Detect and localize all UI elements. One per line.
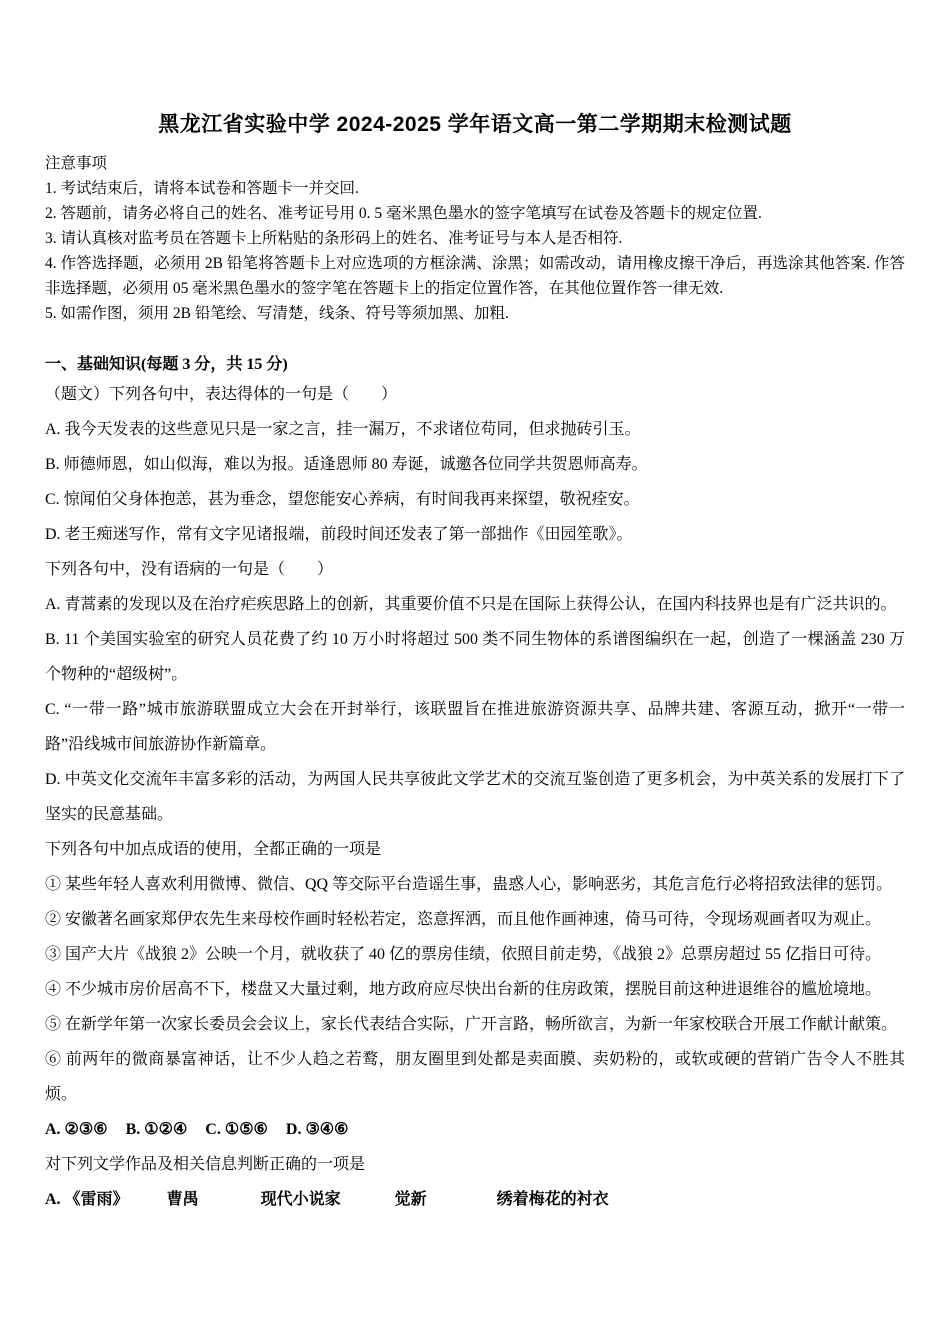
literature-cell-genre: 现代小说家 (261, 1182, 341, 1217)
question-1-option-a: A. 我今天发表的这些意见只是一家之言，挂一漏万，不求诸位苟同，但求抛砖引玉。 (45, 412, 905, 447)
question-3-answer-choices: A. ②③⑥ B. ①②④ C. ①⑤⑥ D. ③④⑥ (45, 1112, 905, 1147)
basic-knowledge-section: 一、基础知识(每题 3 分，共 15 分) （题文）下列各句中，表达得体的一句是… (45, 352, 905, 1217)
question-3-item-3: ③ 国产大片《战狼 2》公映一个月，就收获了 40 亿的票房佳绩，依照目前走势，… (45, 937, 905, 972)
question-3-item-1: ① 某些年轻人喜欢利用微博、微信、QQ 等交际平台造谣生事，蛊惑人心，影响恶劣，… (45, 867, 905, 902)
notice-item-2: 2. 答题前，请务必将自己的姓名、准考证号用 0. 5 毫米黑色墨水的签字笔填写… (45, 201, 905, 226)
question-3-item-2: ② 安徽著名画家郑伊农先生来母校作画时轻松若定，恣意挥洒，而且他作画神速，倚马可… (45, 902, 905, 937)
question-3-stem: 下列各句中加点成语的使用，全都正确的一项是 (45, 832, 905, 867)
literature-cell-detail: 绣着梅花的衬衣 (497, 1182, 609, 1217)
question-1-option-c: C. 惊闻伯父身体抱恙，甚为垂念，望您能安心养病，有时间我再来探望，敬祝痊安。 (45, 482, 905, 517)
answer-choice-b: B. ①②④ (126, 1112, 188, 1147)
exam-page: 黑龙江省实验中学 2024-2025 学年语文高一第二学期期末检测试题 注意事项… (0, 0, 950, 1344)
question-1-option-d: D. 老王痴迷写作，常有文字见诸报端，前段时间还发表了第一部拙作《田园笙歌》。 (45, 517, 905, 552)
section-heading: 一、基础知识(每题 3 分，共 15 分) (45, 352, 905, 377)
literature-cell-author: 曹禺 (167, 1182, 199, 1217)
question-2-option-b: B. 11 个美国实验室的研究人员花费了约 10 万小时将超过 500 类不同生… (45, 622, 905, 692)
literature-cell-character: 觉新 (395, 1182, 427, 1217)
question-3-item-6: ⑥ 前两年的微商暴富神话，让不少人趋之若鹜，朋友圈里到处都是卖面膜、卖奶粉的，或… (45, 1042, 905, 1112)
answer-choice-d: D. ③④⑥ (286, 1112, 349, 1147)
notice-section: 注意事项 1. 考试结束后，请将本试卷和答题卡一并交回. 2. 答题前，请务必将… (45, 151, 905, 326)
exam-title: 黑龙江省实验中学 2024-2025 学年语文高一第二学期期末检测试题 (45, 110, 905, 140)
question-4-option-a-row: A. 《雷雨》 曹禺 现代小说家 觉新 绣着梅花的衬衣 (45, 1182, 905, 1217)
answer-choice-c: C. ①⑤⑥ (205, 1112, 268, 1147)
question-3-item-5: ⑤ 在新学年第一次家长委员会会议上，家长代表结合实际，广开言路，畅所欲言，为新一… (45, 1007, 905, 1042)
notice-item-3: 3. 请认真核对监考员在答题卡上所粘贴的条形码上的姓名、准考证号与本人是否相符. (45, 226, 905, 251)
question-2-option-d: D. 中英文化交流年丰富多彩的活动，为两国人民共享彼此文学艺术的交流互鉴创造了更… (45, 762, 905, 832)
notice-item-1: 1. 考试结束后，请将本试卷和答题卡一并交回. (45, 176, 905, 201)
question-3-item-4: ④ 不少城市房价居高不下，楼盘又大量过剩，地方政府应尽快出台新的住房政策，摆脱目… (45, 972, 905, 1007)
answer-choice-a: A. ②③⑥ (45, 1112, 108, 1147)
notice-item-4: 4. 作答选择题，必须用 2B 铅笔将答题卡上对应选项的方框涂满、涂黑；如需改动… (45, 251, 905, 301)
question-2-stem: 下列各句中，没有语病的一句是（ ） (45, 552, 905, 587)
literature-cell-label-title: A. 《雷雨》 (45, 1182, 129, 1217)
question-2-option-c: C. “一带一路”城市旅游联盟成立大会在开封举行，该联盟旨在推进旅游资源共享、品… (45, 692, 905, 762)
notice-item-5: 5. 如需作图，须用 2B 铅笔绘、写清楚，线条、符号等须加黑、加粗. (45, 301, 905, 326)
question-1-option-b: B. 师德师恩，如山似海，难以为报。适逢恩师 80 寿诞，诚邀各位同学共贺恩师高… (45, 447, 905, 482)
question-2-option-a: A. 青蒿素的发现以及在治疗疟疾思路上的创新，其重要价值不只是在国际上获得公认，… (45, 587, 905, 622)
question-1-stem: （题文）下列各句中，表达得体的一句是（ ） (45, 377, 905, 412)
notice-heading: 注意事项 (45, 151, 905, 176)
question-4-stem: 对下列文学作品及相关信息判断正确的一项是 (45, 1147, 905, 1182)
